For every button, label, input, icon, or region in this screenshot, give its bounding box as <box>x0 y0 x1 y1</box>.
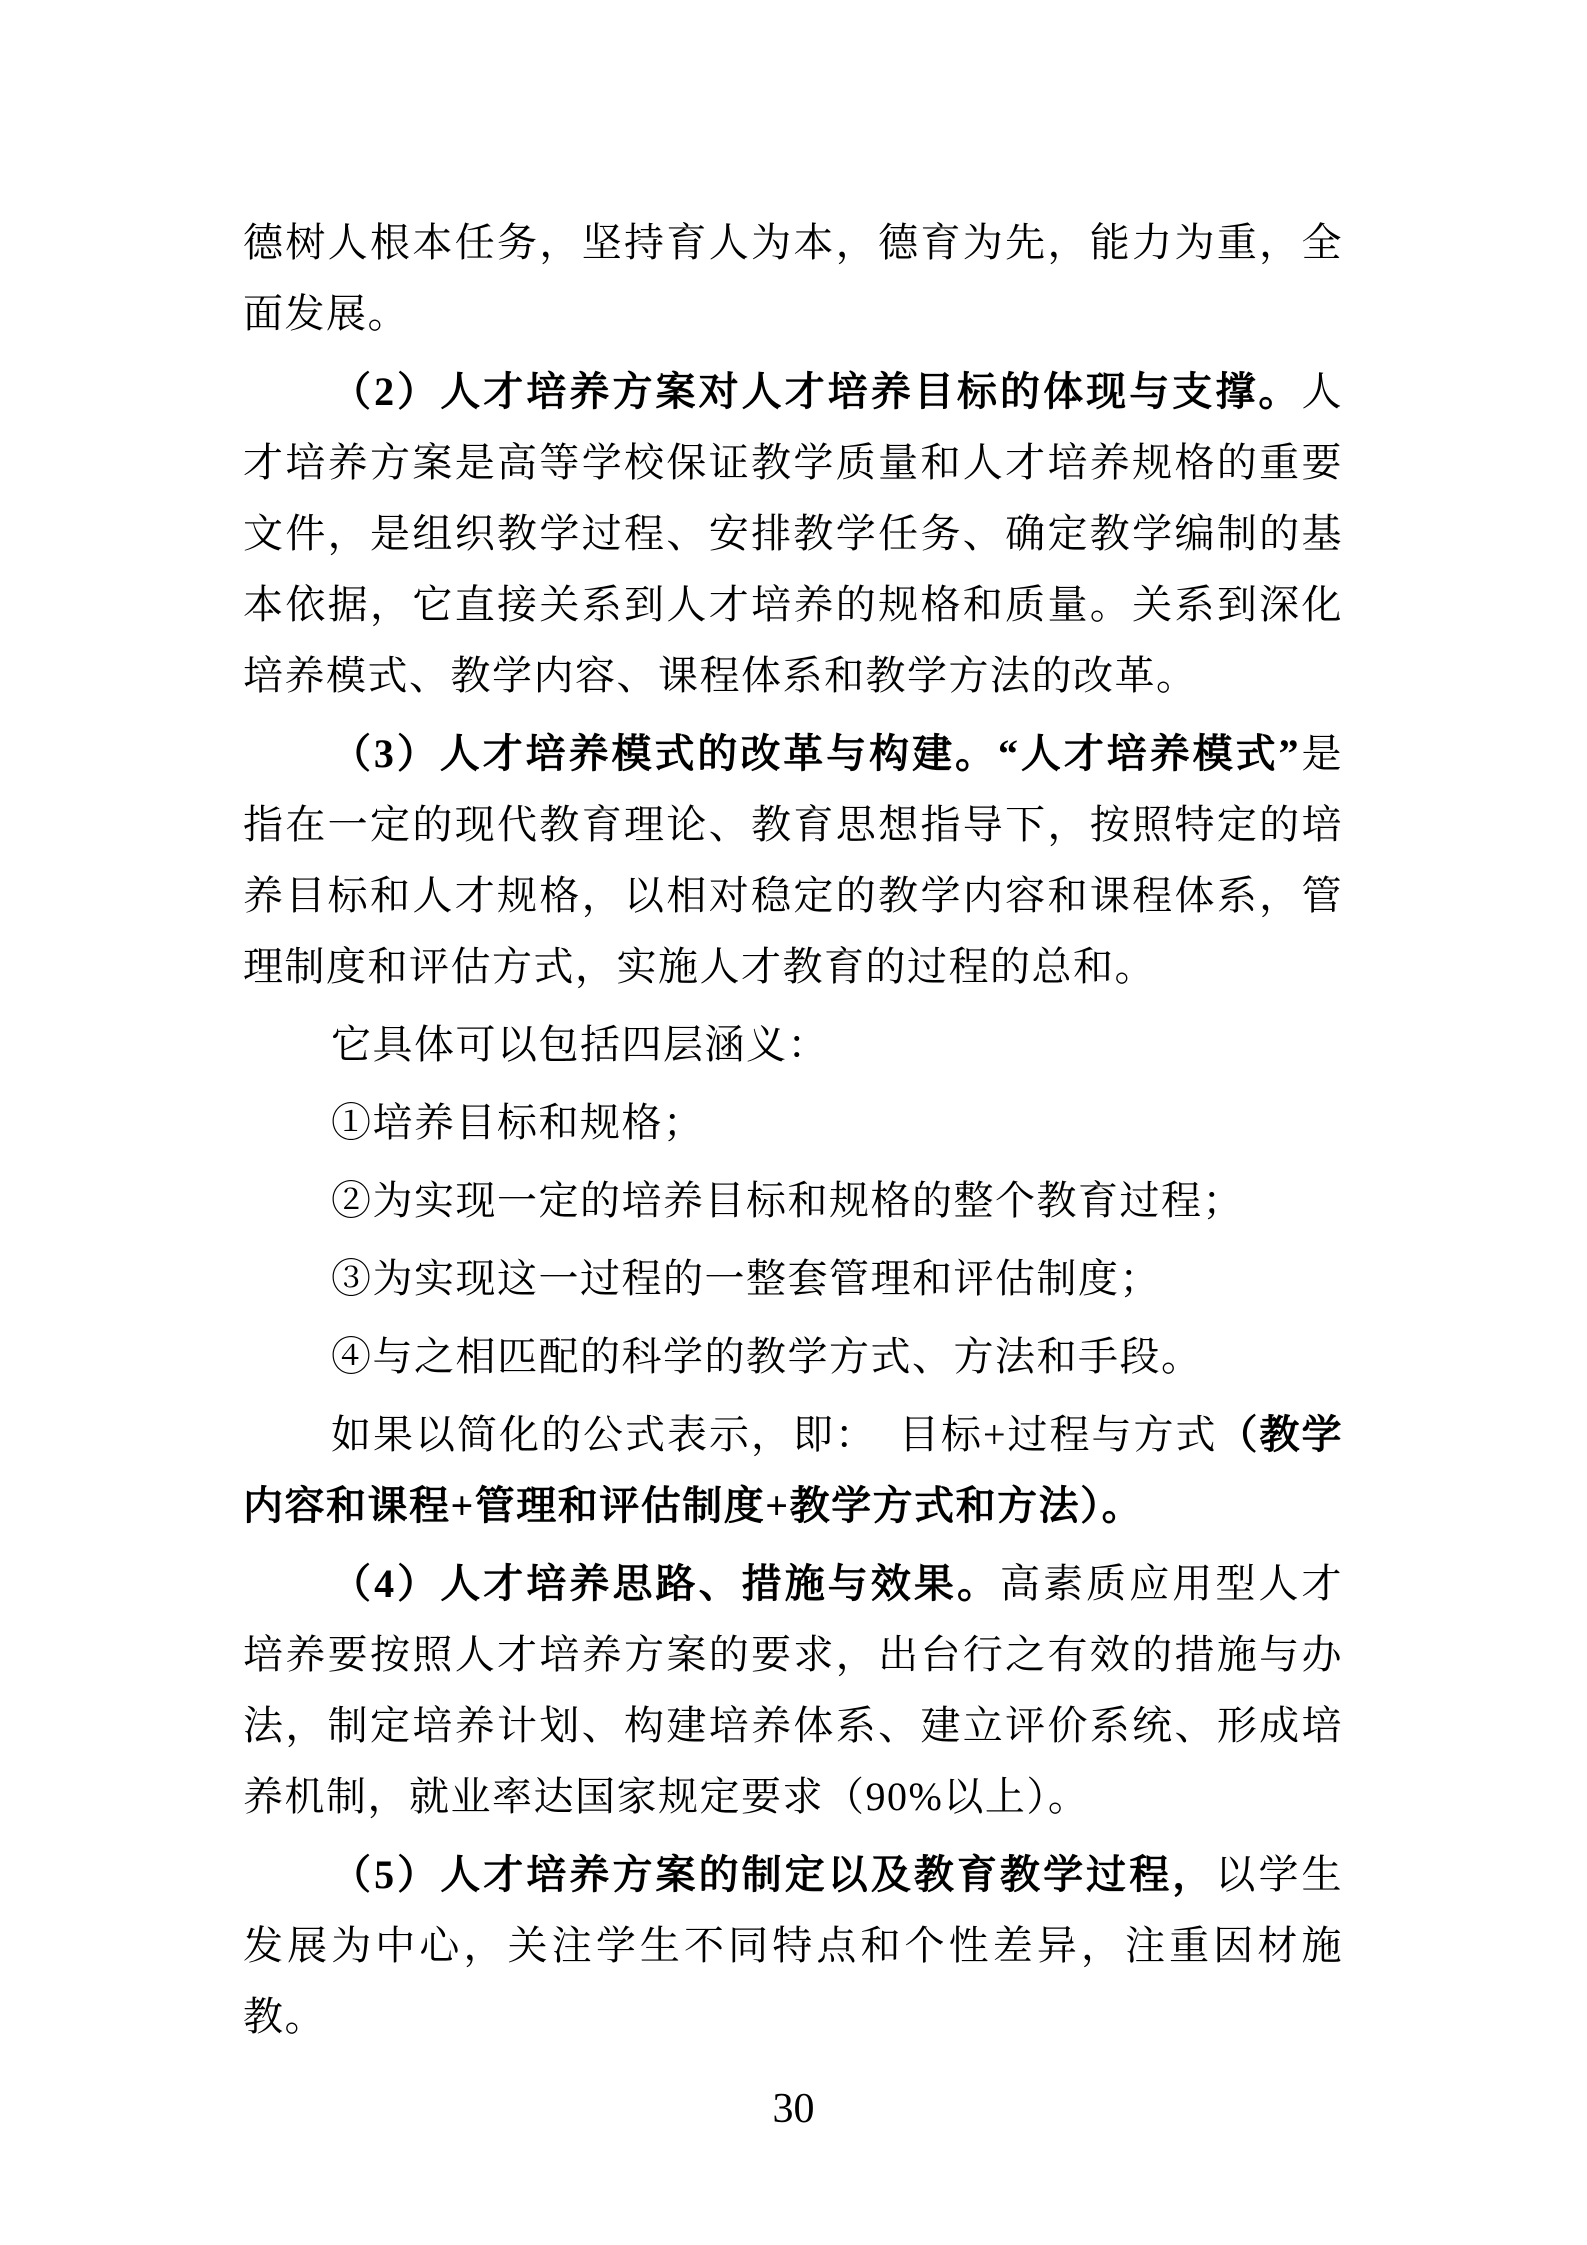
bold-text-run: （4）人才培养思路、措施与效果。 <box>331 1561 1000 1606</box>
body-text-run: 如果以简化的公式表示，即： 目标+过程与方式 <box>331 1412 1218 1457</box>
body-text-run: ④与之相匹配的科学的教学方式、方法和手段。 <box>331 1334 1203 1379</box>
body-text-run: 德树人根本任务，坚持育人为本，德育为先，能力为重，全面发展。 <box>243 220 1343 336</box>
document-page: 德树人根本任务，坚持育人为本，德育为先，能力为重，全面发展。（2）人才培养方案对… <box>0 0 1587 2245</box>
para-item-1: ①培养目标和规格； <box>243 1087 1343 1158</box>
para-section-2: （2）人才培养方案对人才培养目标的体现与支撑。人才培养方案是高等学校保证教学质量… <box>243 356 1343 711</box>
body-text-run: 人才培养方案是高等学校保证教学质量和人才培养规格的重要文件，是组织教学过程、安排… <box>243 369 1343 698</box>
para-four-meanings-intro: 它具体可以包括四层涵义： <box>243 1009 1343 1080</box>
para-section-3: （3）人才培养模式的改革与构建。“人才培养模式”是指在一定的现代教育理论、教育思… <box>243 718 1343 1002</box>
document-body: 德树人根本任务，坚持育人为本，德育为先，能力为重，全面发展。（2）人才培养方案对… <box>243 207 1343 2059</box>
body-text-run: 它具体可以包括四层涵义： <box>331 1022 829 1067</box>
bold-text-run: （3）人才培养模式的改革与构建。“人才培养模式” <box>331 731 1300 776</box>
para-continuation: 德树人根本任务，坚持育人为本，德育为先，能力为重，全面发展。 <box>243 207 1343 349</box>
para-formula: 如果以简化的公式表示，即： 目标+过程与方式（教学内容和课程+管理和评估制度+教… <box>243 1399 1343 1541</box>
bold-text-run: （5）人才培养方案的制定以及教育教学过程， <box>331 1852 1215 1897</box>
page-number: 30 <box>0 2086 1587 2132</box>
body-text-run: ③为实现这一过程的一整套管理和评估制度； <box>331 1256 1161 1301</box>
body-text-run: ①培养目标和规格； <box>331 1100 705 1145</box>
body-text-run: ②为实现一定的培养目标和规格的整个教育过程； <box>331 1178 1244 1223</box>
para-section-5: （5）人才培养方案的制定以及教育教学过程，以学生发展为中心，关注学生不同特点和个… <box>243 1839 1343 2052</box>
para-item-4: ④与之相匹配的科学的教学方式、方法和手段。 <box>243 1321 1343 1392</box>
bold-text-run: （2）人才培养方案对人才培养目标的体现与支撑。 <box>331 369 1302 414</box>
para-item-2: ②为实现一定的培养目标和规格的整个教育过程； <box>243 1165 1343 1236</box>
para-item-3: ③为实现这一过程的一整套管理和评估制度； <box>243 1243 1343 1314</box>
para-section-4: （4）人才培养思路、措施与效果。高素质应用型人才培养要按照人才培养方案的要求，出… <box>243 1548 1343 1832</box>
